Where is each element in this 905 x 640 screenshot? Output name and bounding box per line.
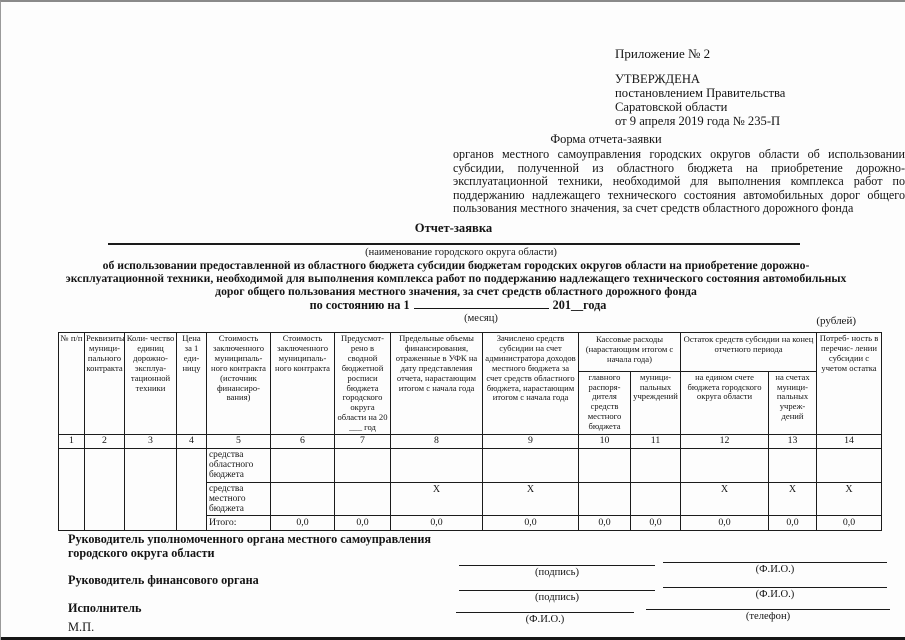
- cell-price-empty: [177, 449, 207, 531]
- data-cell: [335, 482, 391, 516]
- approved-date: от 9 апреля 2019 года № 235-П: [615, 114, 785, 128]
- total-cell: 0,0: [271, 516, 335, 531]
- total-cell: 0,0: [631, 516, 681, 531]
- cell-contract-empty: [85, 449, 125, 531]
- col-header-subsidy-credited: Зачислено средств субсидии на счет админ…: [483, 333, 579, 435]
- data-cell: [483, 449, 579, 483]
- data-cell: [579, 482, 631, 516]
- cell-count-empty: [125, 449, 177, 531]
- total-cell: 0,0: [391, 516, 483, 531]
- col-header-unit-price: Цена за 1 еди- ницу: [177, 333, 207, 435]
- year-label: 201__года: [553, 298, 607, 312]
- as-of-date-line: по состоянию на 1201__года: [58, 298, 858, 313]
- col-header-financing-limits: Предельные объемы финансирования, отраже…: [391, 333, 483, 435]
- scanned-report-form-page: Приложение № 2 УТВЕРЖДЕНА постановлением…: [0, 0, 905, 640]
- col-number: 9: [483, 435, 579, 449]
- col-group-subsidy-balance: Остаток средств субсидии на конец отчетн…: [681, 333, 817, 372]
- data-cell: [631, 482, 681, 516]
- signature-line-caption: (Ф.И.О.): [663, 562, 887, 575]
- col-header-equipment-count: Коли- чество единиц дорожно- эксплуа- та…: [125, 333, 177, 435]
- signature-label-head-of-authority: Руководитель уполномоченного органа мест…: [68, 532, 478, 560]
- signature-line-caption: (Ф.И.О.): [456, 612, 634, 625]
- data-cell: X: [817, 482, 882, 516]
- form-title: Форма отчета-заявки: [456, 132, 756, 147]
- total-label: Итого:: [207, 516, 271, 531]
- form-description: органов местного самоуправления городски…: [453, 148, 905, 216]
- data-cell: [335, 449, 391, 483]
- row-label: средства областного бюджета: [207, 449, 271, 483]
- data-cell: X: [483, 482, 579, 516]
- data-cell: [271, 449, 335, 483]
- approved-title: УТВЕРЖДЕНА: [615, 72, 785, 86]
- data-cell: [681, 449, 769, 483]
- table-header-row-groups: № п/п Реквизиты муници- пального контрак…: [59, 333, 882, 372]
- appendix-number: Приложение № 2: [615, 46, 710, 62]
- col-number: 14: [817, 435, 882, 449]
- col-number: 3: [125, 435, 177, 449]
- data-cell: X: [681, 482, 769, 516]
- municipality-name-caption: (наименование городского округа области): [111, 247, 811, 258]
- col-header-transfer-need: Потреб- ность в перечис- лении субсидии …: [817, 333, 882, 435]
- total-cell: 0,0: [483, 516, 579, 531]
- signature-line-caption: (телефон): [646, 609, 890, 622]
- col-number: 11: [631, 435, 681, 449]
- col-header-contract-cost-source: Стоимость заключенного муниципаль- ного …: [207, 333, 271, 435]
- col-number: 5: [207, 435, 271, 449]
- month-blank-field: [414, 298, 549, 309]
- data-cell: [391, 449, 483, 483]
- signature-label-executor: Исполнитель: [68, 601, 478, 615]
- col-number: 13: [769, 435, 817, 449]
- report-table: № п/п Реквизиты муници- пального контрак…: [58, 332, 882, 531]
- stamp-place-label: М.П.: [68, 620, 94, 635]
- currency-units-note: (рублей): [701, 315, 856, 327]
- cell-number-empty: [59, 449, 85, 531]
- col-number: 12: [681, 435, 769, 449]
- data-cell: [817, 449, 882, 483]
- col-header-contract-details: Реквизиты муници- пального контракта: [85, 333, 125, 435]
- col-header-single-account: на едином счете бюджета городского округ…: [681, 371, 769, 434]
- col-number: 8: [391, 435, 483, 449]
- col-header-number: № п/п: [59, 333, 85, 435]
- signature-line-caption: (подпись): [459, 590, 655, 603]
- report-description: об использовании предоставленной из обла…: [56, 260, 856, 299]
- col-group-cash-expenses: Кассовые расходы (нарастающим итогом с н…: [579, 333, 681, 372]
- data-cell: [631, 449, 681, 483]
- total-cell: 0,0: [817, 516, 882, 531]
- data-cell: X: [391, 482, 483, 516]
- total-cell: 0,0: [579, 516, 631, 531]
- col-number: 2: [85, 435, 125, 449]
- col-header-contract-cost: Стоимость заключенного муниципаль- ного …: [271, 333, 335, 435]
- data-cell: [579, 449, 631, 483]
- signature-line-caption: (подпись): [459, 565, 655, 578]
- col-number: 6: [271, 435, 335, 449]
- col-header-budget-provision: Предусмот- рено в сводной бюджетной росп…: [335, 333, 391, 435]
- data-cell: X: [769, 482, 817, 516]
- col-number: 4: [177, 435, 207, 449]
- signature-label-head-of-finance: Руководитель финансового органа: [68, 573, 478, 587]
- col-number: 10: [579, 435, 631, 449]
- approval-block: УТВЕРЖДЕНА постановлением Правительства …: [615, 72, 785, 128]
- col-number: 1: [59, 435, 85, 449]
- row-label: средства местного бюджета: [207, 482, 271, 516]
- approved-by: постановлением Правительства: [615, 86, 785, 100]
- col-header-institution-accounts: на счетах муници- пальных учреж- дений: [769, 371, 817, 434]
- data-cell: [769, 449, 817, 483]
- col-number: 7: [335, 435, 391, 449]
- total-cell: 0,0: [681, 516, 769, 531]
- total-cell: 0,0: [769, 516, 817, 531]
- col-header-municipal-institutions: муници- пальных учреждений: [631, 371, 681, 434]
- total-cell: 0,0: [335, 516, 391, 531]
- table-row-regional-budget: средства областного бюджета: [59, 449, 882, 483]
- table-column-numbers-row: 1 2 3 4 5 6 7 8 9 10 11 12 13 14: [59, 435, 882, 449]
- municipality-name-blank-line: [108, 228, 800, 245]
- signature-line-caption: (Ф.И.О.): [663, 587, 887, 600]
- approved-region: Саратовской области: [615, 100, 785, 114]
- data-cell: [271, 482, 335, 516]
- as-of-label: по состоянию на 1: [310, 298, 410, 312]
- col-header-chief-administrator: главного распоря- дителя средств местног…: [579, 371, 631, 434]
